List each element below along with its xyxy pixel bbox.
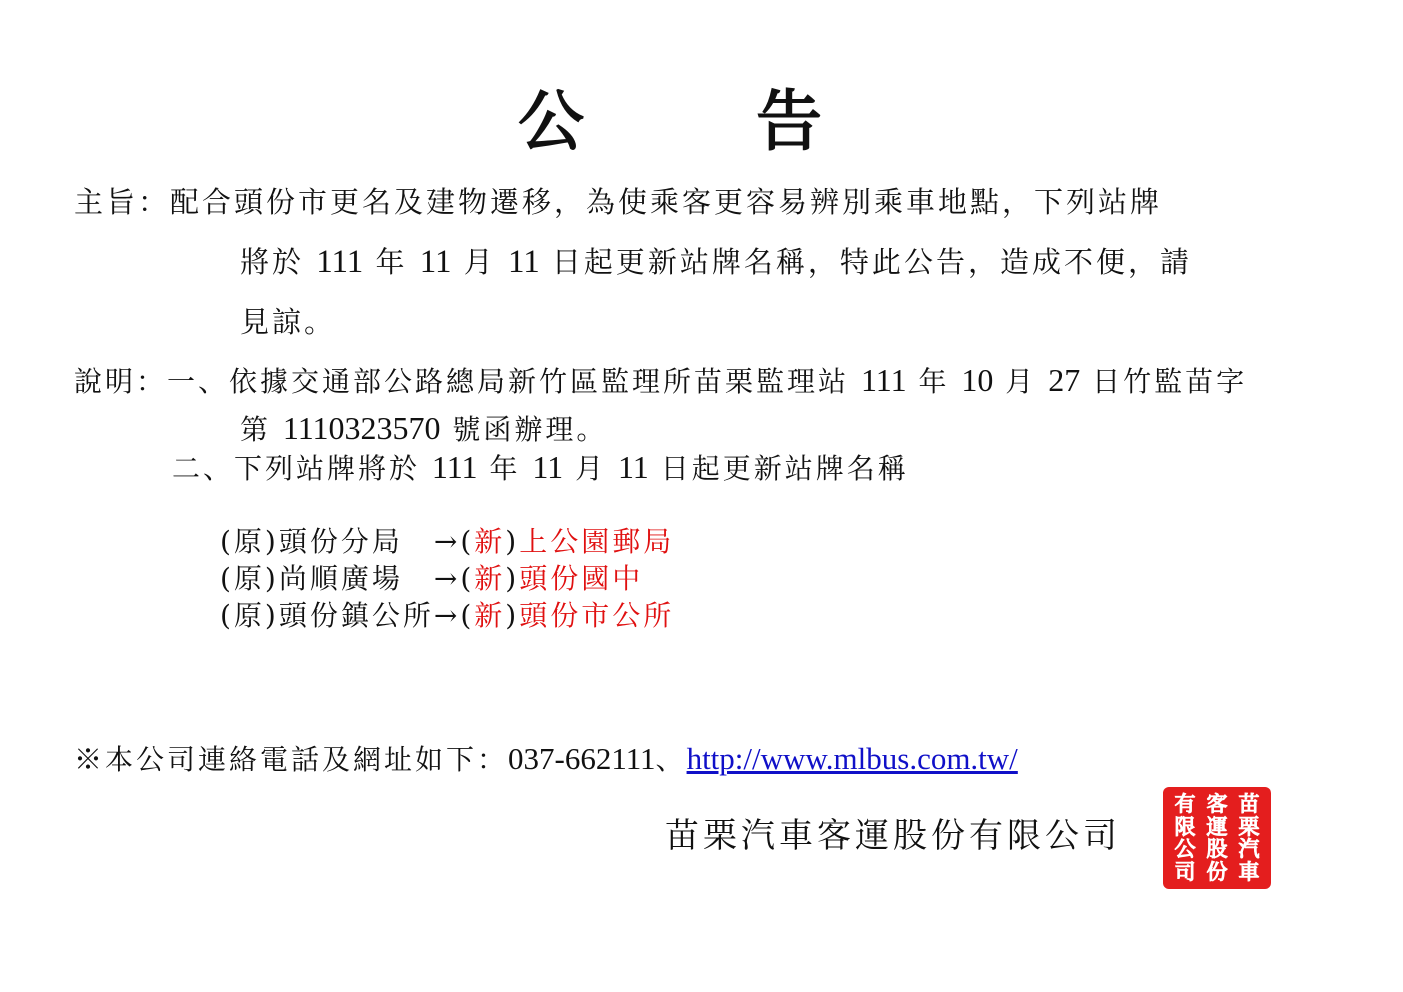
explanation-item-1-text-c: 月 (993, 365, 1048, 398)
explanation-line-1: 說明：一、依據交通部公路總局新竹區監理所苗栗監理站 111 年 10 月 27 … (74, 360, 1247, 400)
old-station-name: 頭份分局 (279, 525, 434, 558)
arrow-right-icon: → (434, 525, 460, 558)
seal-char: 司 (1169, 861, 1201, 884)
explanation-item-1-text-f: 號函辦理。 (441, 413, 608, 446)
explanation-item-2-text-d: 日起更新站牌名稱 (649, 452, 909, 485)
subject-text-1: 配合頭份市更名及建物遷移，為使乘客更容易辨別乘車地點，下列站牌 (170, 185, 1162, 219)
subject-day: 11 (508, 244, 540, 280)
explanation-item-2-text-c: 月 (563, 452, 618, 485)
explanation-item-1-prefix: 一、 (167, 365, 229, 398)
old-station-name: 尚順廣場 (279, 562, 434, 595)
old-station-name: 頭份鎮公所 (279, 599, 434, 632)
old-tag: (原) (220, 525, 279, 558)
subject-month: 11 (420, 244, 452, 280)
subject-text-2c: 月 (452, 245, 508, 279)
seal-char: 栗 (1233, 816, 1265, 839)
explanation-item-2-month: 11 (532, 449, 563, 485)
seal-char: 限 (1169, 816, 1201, 839)
explanation-item-2-text-a: 下列站牌將於 (234, 452, 432, 485)
paren-open: ( (460, 525, 474, 558)
seal-char: 公 (1169, 838, 1201, 861)
seal-char: 苗 (1233, 793, 1265, 816)
explanation-line-2: 第 1110323570 號函辦理。 (240, 408, 607, 448)
station-rename-row: (原)頭份分局 →(新)上公園郵局 (220, 520, 674, 560)
new-station-name: 上公園郵局 (519, 525, 674, 558)
arrow-right-icon: → (434, 562, 460, 595)
explanation-item-2-text-b: 年 (478, 452, 533, 485)
new-station-name: 頭份國中 (519, 562, 643, 595)
contact-separator: 、 (656, 743, 687, 776)
subject-line-2: 將於 111 年 11 月 11 日起更新站牌名稱，特此公告，造成不便，請 (240, 240, 1192, 281)
subject-year: 111 (316, 244, 363, 280)
contact-text: ※本公司連絡電話及網址如下： (74, 743, 508, 776)
explanation-item-1-text-d: 日竹監苗字 (1080, 365, 1247, 398)
explanation-item-1-day: 27 (1048, 362, 1080, 398)
seal-char: 份 (1201, 861, 1233, 884)
station-rename-row: (原)尚順廣場 →(新)頭份國中 (220, 557, 643, 597)
old-tag: (原) (220, 599, 279, 632)
seal-char: 有 (1169, 793, 1201, 816)
subject-line-1: 主旨：配合頭份市更名及建物遷移，為使乘客更容易辨別乘車地點，下列站牌 (74, 180, 1162, 221)
seal-char: 客 (1201, 793, 1233, 816)
explanation-item-2-prefix: 二、 (172, 452, 234, 485)
company-seal: 有 客 苗 限 運 栗 公 股 汽 司 份 車 (1163, 787, 1271, 889)
explanation-item-1-year: 111 (861, 362, 907, 398)
seal-char: 股 (1201, 838, 1233, 861)
subject-text-2d: 日起更新站牌名稱，特此公告，造成不便，請 (540, 245, 1192, 279)
paren-close: ) (505, 525, 519, 558)
explanation-item-1-text-b: 年 (907, 365, 962, 398)
new-tag: 新 (474, 525, 505, 558)
paren-close: ) (505, 599, 519, 632)
paren-open: ( (460, 599, 474, 632)
explanation-item-2-day: 11 (618, 449, 649, 485)
seal-char: 運 (1201, 816, 1233, 839)
subject-text-2a: 將於 (240, 245, 316, 279)
title-char-2: 告 (756, 68, 822, 163)
contact-line: ※本公司連絡電話及網址如下：037-662111、http://www.mlbu… (74, 738, 1018, 778)
explanation-item-1-text-a: 依據交通部公路總局新竹區監理所苗栗監理站 (229, 365, 861, 398)
seal-char: 汽 (1233, 838, 1265, 861)
explanation-item-1-month: 10 (961, 362, 993, 398)
explanation-label: 說明： (74, 365, 167, 398)
old-tag: (原) (220, 562, 279, 595)
paren-close: ) (505, 562, 519, 595)
explanation-item-2-year: 111 (432, 449, 478, 485)
new-tag: 新 (474, 599, 505, 632)
new-tag: 新 (474, 562, 505, 595)
contact-phone: 037-662111 (508, 741, 656, 776)
station-rename-row: (原)頭份鎮公所→(新)頭份市公所 (220, 594, 674, 634)
website-link[interactable]: http://www.mlbus.com.tw/ (687, 741, 1018, 776)
subject-text-2b: 年 (363, 245, 419, 279)
subject-label: 主旨： (74, 185, 170, 219)
arrow-right-icon: → (434, 599, 460, 632)
subject-line-3: 見諒。 (240, 300, 336, 341)
title-char-1: 公 (518, 68, 584, 163)
explanation-line-3: 二、下列站牌將於 111 年 11 月 11 日起更新站牌名稱 (172, 447, 909, 487)
explanation-doc-number: 1110323570 (283, 410, 441, 446)
paren-open: ( (460, 562, 474, 595)
explanation-item-1-text-e: 第 (240, 413, 283, 446)
seal-char: 車 (1233, 861, 1265, 884)
new-station-name: 頭份市公所 (519, 599, 674, 632)
company-name: 苗栗汽車客運股份有限公司 (665, 816, 1121, 856)
